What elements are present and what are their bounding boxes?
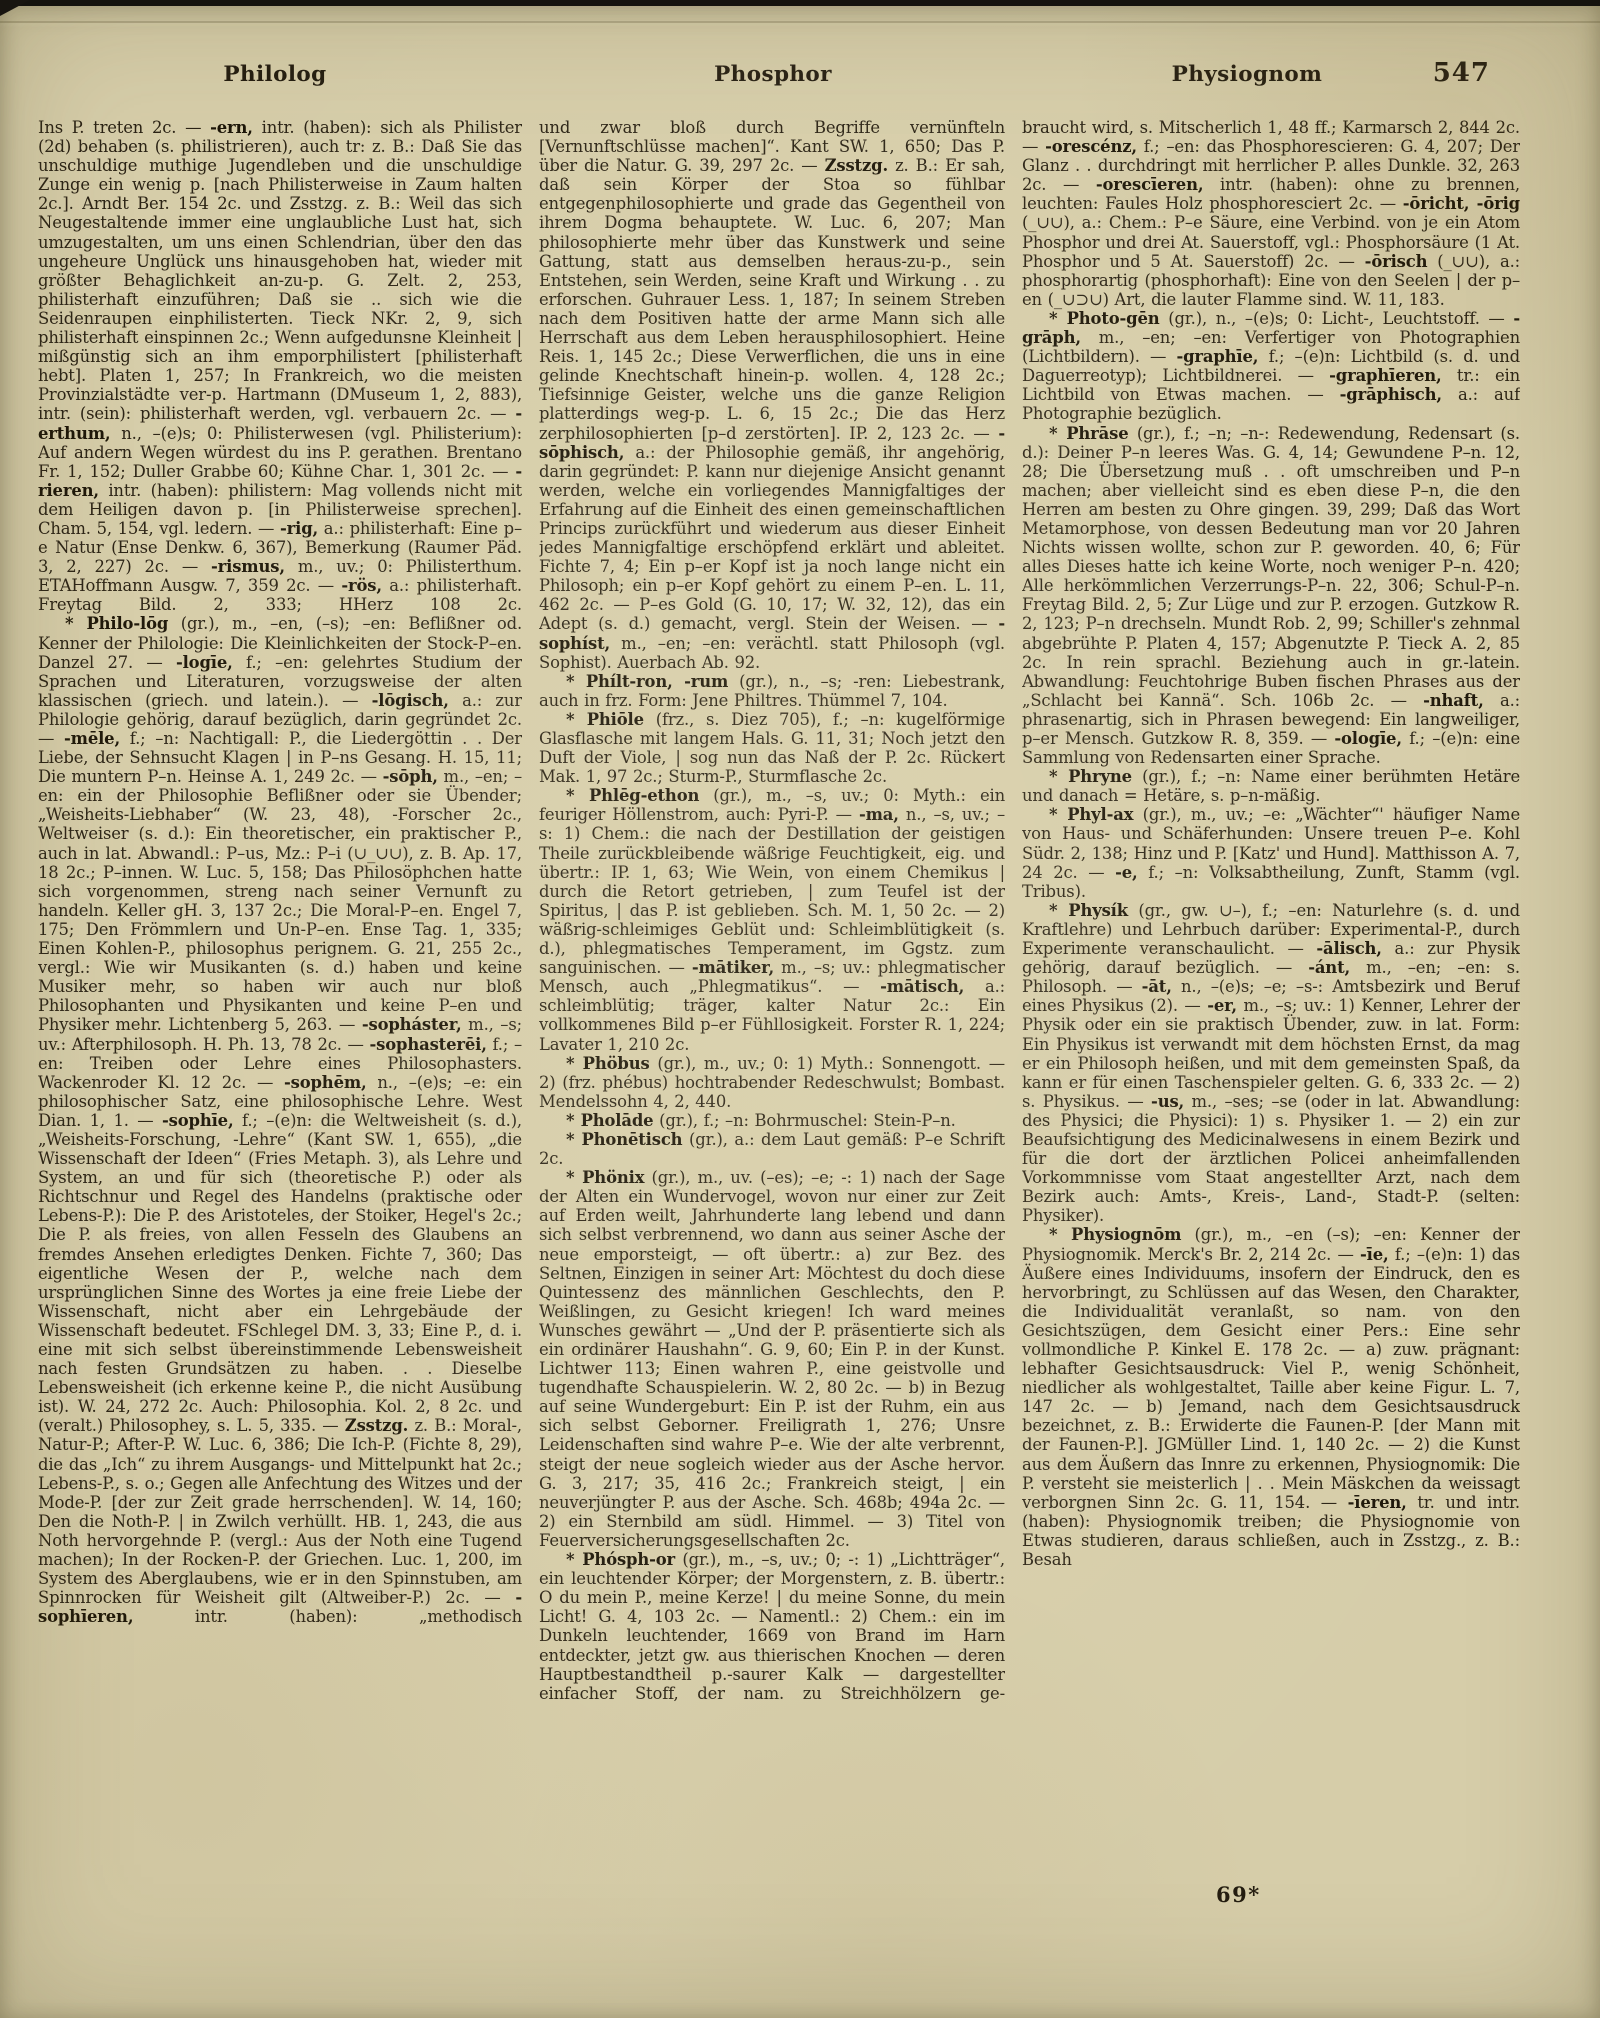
scan-edge-corner xyxy=(0,0,30,16)
signature-mark: 69* xyxy=(1216,1882,1261,1907)
dictionary-continuation-paragraph: braucht wird, s. Mitscherlich 1, 48 ff.;… xyxy=(1022,118,1520,309)
entry-headword: * Phonētisch xyxy=(566,1130,682,1149)
dictionary-entry-paragraph: * Phlēg-ethon (gr.), m., –s, uv.; 0: Myt… xyxy=(539,786,1005,1053)
dictionary-entry-paragraph: * Phönix (gr.), m., uv. (–es); –e; -: 1)… xyxy=(539,1168,1005,1550)
text-column-middle: und zwar bloß durch Begriffe vernünfteln… xyxy=(539,118,1005,1883)
entry-headword: -īe, xyxy=(1360,1245,1389,1264)
entry-headword: -e, xyxy=(1115,863,1138,882)
entry-headword: * Physík xyxy=(1049,901,1128,920)
dictionary-entry-paragraph: * Physiognōm (gr.), m., –en (–s); –en: K… xyxy=(1022,1225,1520,1569)
running-head-center: Phosphor xyxy=(714,62,832,87)
page-number: 547 xyxy=(1408,58,1490,88)
entry-headword: -ālisch, xyxy=(1316,939,1382,958)
dictionary-entry-paragraph: * Phonētisch (gr.), a.: dem Laut gemäß: … xyxy=(539,1130,1005,1168)
entry-headword: * Physiognōm xyxy=(1049,1225,1181,1244)
scan-edge-top xyxy=(0,0,1600,6)
entry-text: (gr.), f.; –n; –n-: Redewendung, Redensa… xyxy=(1022,424,1520,710)
dictionary-entry-paragraph: * Pholāde (gr.), f.; –n: Bohrmuschel: St… xyxy=(539,1111,1005,1130)
entry-headword: * Phósph-or xyxy=(566,1550,675,1569)
dictionary-entry-paragraph: * Phiōle (frz., s. Diez 705), f.; –n: ku… xyxy=(539,710,1005,786)
entry-headword: -mātiker, xyxy=(692,958,774,977)
entry-headword: -sopháster, xyxy=(362,1015,462,1034)
entry-headword: -āt, xyxy=(1142,977,1172,996)
entry-text: (gr.), f.; –n: Bohrmuschel: Stein-P–n. xyxy=(653,1111,955,1130)
dictionary-continuation-paragraph: und zwar bloß durch Begriffe vernünfteln… xyxy=(539,118,1005,672)
entry-headword: -mātisch, xyxy=(880,977,964,996)
dictionary-entry-paragraph: * Phryne (gr.), f.; –n: Name einer berüh… xyxy=(1022,767,1520,805)
entry-headword: * Phöbus xyxy=(566,1054,650,1073)
entry-text: z. B.: Moral-, Natur-P.; After-P. W. Luc… xyxy=(38,1416,522,1607)
entry-headword: * Phrāse xyxy=(1049,424,1129,443)
entry-headword: -rismus, xyxy=(211,557,285,576)
entry-headword: Zsstzg. xyxy=(825,156,888,175)
entry-headword: -sophēm, xyxy=(284,1073,367,1092)
entry-text: (gr.), m., uv. (–es); –e; -: 1) nach der… xyxy=(539,1168,1005,1550)
entry-text: z. B.: Er sah, daß sein Körper der Stoa … xyxy=(539,156,1005,442)
entry-headword: -sophasterēi, xyxy=(370,1035,487,1054)
dictionary-entry-paragraph: * Phöbus (gr.), m., uv.; 0: 1) Myth.: So… xyxy=(539,1054,1005,1111)
entry-headword: -ōrisch xyxy=(1365,252,1428,271)
entry-headword: -ōricht, -ōrig xyxy=(1403,194,1520,213)
entry-headword: -ern, xyxy=(210,118,253,137)
entry-headword: Zsstzg. xyxy=(345,1416,408,1435)
entry-headword: -grāphisch, xyxy=(1340,385,1442,404)
dictionary-entry-paragraph: * Phrāse (gr.), f.; –n; –n-: Redewendung… xyxy=(1022,424,1520,768)
entry-headword: -mēle, xyxy=(64,729,120,748)
entry-text: f.; –(e)n: die Weltweisheit (s. d.), „We… xyxy=(38,1111,522,1436)
dictionary-entry-paragraph: * Physík (gr., gw. ∪–), f.; –en: Naturle… xyxy=(1022,901,1520,1226)
entry-text: m., –ses; –se (oder in lat. Abwandlung: … xyxy=(1022,1092,1520,1226)
entry-headword: -lōgisch, xyxy=(372,691,449,710)
dictionary-entry-paragraph: * Philo-lōg (gr.), m., –en, (–s); –en: B… xyxy=(38,614,522,1626)
entry-headword: -graphīeren, xyxy=(1329,366,1441,385)
entry-text: Ins P. treten 2c. — xyxy=(38,118,210,137)
entry-headword: -logīe, xyxy=(176,653,233,672)
entry-headword: -er, xyxy=(1207,996,1237,1015)
dictionary-entry-paragraph: * Photo-gēn (gr.), n., –(e)s; 0: Licht-,… xyxy=(1022,309,1520,424)
entry-headword: * Phiōle xyxy=(566,710,644,729)
entry-headword: -ma, xyxy=(859,805,899,824)
entry-headword: -rig, xyxy=(280,519,318,538)
entry-headword: * Phyl-ax xyxy=(1049,805,1133,824)
entry-headword: -graphīe, xyxy=(1176,347,1258,366)
entry-text: n., –(e)s; 0: Philisterwesen (vgl. Phili… xyxy=(38,424,522,481)
dictionary-entry-paragraph: * Phósph-or (gr.), m., –s, uv.; 0; -: 1)… xyxy=(539,1550,1005,1703)
entry-text: m., –en; –en: ein der Philosophie Befliß… xyxy=(38,767,522,1034)
entry-headword: -sophīe, xyxy=(162,1111,234,1130)
entry-text: f.; –(e)n: 1) das Äußere eines Individuu… xyxy=(1022,1245,1520,1512)
entry-text: (gr.), n., –(e)s; 0: Licht-, Leuchtstoff… xyxy=(1160,309,1514,328)
entry-headword: * Phílt-ron, -rum xyxy=(566,672,728,691)
entry-text: (gr.), m., –s, uv.; 0; -: 1) „Lichtträge… xyxy=(539,1550,1005,1703)
entry-headword: -sōph, xyxy=(383,767,438,786)
dictionary-entry-paragraph: * Phyl-ax (gr.), m., uv.; –e: „Wächter“'… xyxy=(1022,805,1520,900)
entry-headword: -nhaft, xyxy=(1423,691,1484,710)
dictionary-continuation-paragraph: Ins P. treten 2c. — -ern, intr. (haben):… xyxy=(38,118,522,614)
entry-headword: -ánt, xyxy=(1308,958,1350,977)
entry-headword: * Phlēg-ethon xyxy=(566,786,699,805)
entry-headword: -orescīeren, xyxy=(1096,175,1204,194)
entry-text: intr. (haben): sich als Philister (2d) b… xyxy=(38,118,522,423)
entry-headword: -orescénz, xyxy=(1045,137,1137,156)
entry-headword: -ologīe, xyxy=(1334,729,1402,748)
entry-headword: -rös, xyxy=(341,576,382,595)
entry-text: a.: der Philosophie gemäß, ihr angehörig… xyxy=(539,443,1005,634)
text-column-right: braucht wird, s. Mitscherlich 1, 48 ff.;… xyxy=(1022,118,1520,1883)
text-column-left: Ins P. treten 2c. — -ern, intr. (haben):… xyxy=(38,118,522,1883)
entry-headword: * Phönix xyxy=(566,1168,644,1187)
running-head-right: Physiognom xyxy=(1172,62,1323,87)
paper-crease xyxy=(0,21,1600,23)
entry-text: intr. (haben): „methodisch xyxy=(133,1607,522,1626)
running-head-left: Philolog xyxy=(223,62,326,87)
entry-text: n., –s, uv.; –s: 1) Chem.: die nach der … xyxy=(539,805,1005,977)
entry-headword: -īeren, xyxy=(1348,1493,1407,1512)
dictionary-page-scan: Philolog Phosphor Physiognom 547 Ins P. … xyxy=(0,0,1600,2018)
entry-headword: * Phryne xyxy=(1049,767,1132,786)
entry-headword: * Pholāde xyxy=(566,1111,653,1130)
entry-headword: -us, xyxy=(1151,1092,1184,1111)
dictionary-entry-paragraph: * Phílt-ron, -rum (gr.), n., –s; -ren: L… xyxy=(539,672,1005,710)
entry-headword: * Photo-gēn xyxy=(1049,309,1160,328)
entry-headword: * Philo-lōg xyxy=(65,614,168,633)
